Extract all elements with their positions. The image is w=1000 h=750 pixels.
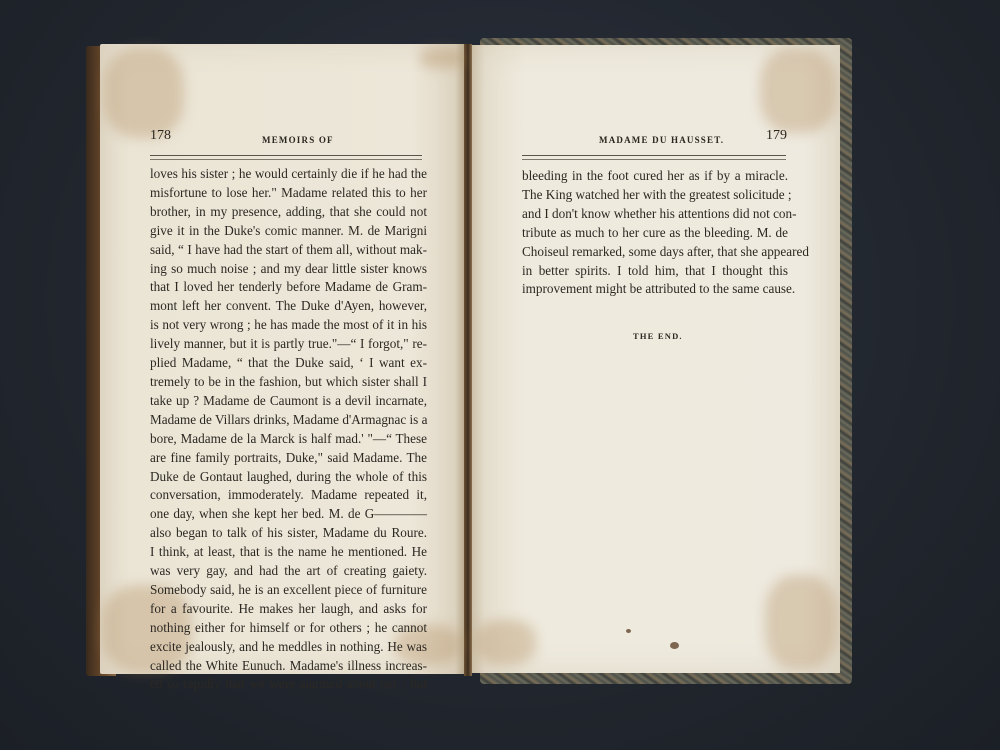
text-line: that I loved her tenderly before Madame … [150, 278, 427, 297]
left-page-number: 178 [150, 127, 171, 144]
text-line: mont left her convent. The Duke d'Ayen, … [150, 297, 427, 316]
stain-top-right [760, 48, 836, 133]
text-line: take up ? Madame de Caumont is a devil i… [150, 392, 427, 411]
running-head: MEMOIRS OF [262, 135, 334, 145]
text-line: loves his sister ; he would certainly di… [150, 165, 427, 184]
text-line: I think, at least, that is the name he m… [150, 543, 427, 562]
text-line: misfortune to lose her." Madame related … [150, 184, 427, 203]
text-line: Duke de Gontaut laughed, during the whol… [150, 468, 427, 487]
text-line: was very gay, and had the art of creatin… [150, 562, 427, 581]
the-end-label: THE END. [633, 331, 683, 341]
text-line: Somebody said, he is an excellent piece … [150, 581, 427, 600]
text-line: said, “ I have had the start of them all… [150, 241, 427, 260]
text-line: improvement might be attributed to the s… [522, 280, 788, 299]
right-header-rule [522, 155, 786, 160]
text-line: is not very wrong ; he has made the most… [150, 316, 427, 335]
text-line: conversation, immoderately. Madame repea… [150, 486, 427, 505]
text-line: Madame de Villars drinks, Madame d'Armag… [150, 411, 427, 430]
text-line: also began to talk of his sister, Madame… [150, 524, 427, 543]
text-line: one day, when she kept her bed. M. de G—… [150, 505, 427, 524]
text-line: tremely to be in the fashion, but which … [150, 373, 427, 392]
text-line: brother, in my presence, adding, that sh… [150, 203, 427, 222]
ink-spot [670, 642, 679, 649]
text-line: and I don't know whether his attentions … [522, 205, 788, 224]
page-number: 178 [150, 128, 171, 143]
stain-top-left [104, 48, 184, 138]
text-line: ed so rapidly that we were alarmed about… [150, 675, 427, 694]
text-line: lively manner, but it is partly true."—“… [150, 335, 427, 354]
text-line: excite jealously, and he meddles in noth… [150, 638, 427, 657]
left-page-body: loves his sister ; he would certainly di… [150, 165, 427, 694]
text-line: bore, Madame de la Marck is half mad.' "… [150, 430, 427, 449]
text-line: Choiseul remarked, some days after, that… [522, 243, 788, 262]
text-line: bleeding in the foot cured her as if by … [522, 167, 788, 186]
text-line: in better spirits. I told him, that I th… [522, 262, 788, 281]
text-line: tribute as much to her cure as the bleed… [522, 224, 788, 243]
text-line: ing so much noise ; and my dear little s… [150, 260, 427, 279]
text-line: for a favourite. He makes her laugh, and… [150, 600, 427, 619]
right-page-body: bleeding in the foot cured her as if by … [522, 167, 788, 299]
stain-bottom-right [765, 575, 837, 670]
ink-spot [626, 629, 631, 633]
stain-bottom-right-gutter [476, 620, 536, 665]
book-gutter [464, 44, 472, 676]
right-running-head: MADAME DU HAUSSET. [599, 131, 724, 147]
running-head: MADAME DU HAUSSET. [599, 135, 724, 145]
text-line: are fine family portraits, Duke," said M… [150, 449, 427, 468]
stain-top-gutter [420, 48, 464, 68]
page-number: 179 [766, 128, 787, 143]
text-line: The King watched her with the greatest s… [522, 186, 788, 205]
text-line: called the White Eunuch. Madame's illnes… [150, 657, 427, 676]
left-header-rule [150, 155, 422, 160]
text-line: nothing either for himself or for others… [150, 619, 427, 638]
text-line: give it in the Duke's comic manner. M. d… [150, 222, 427, 241]
text-line: plied Madame, “ that the Duke said, ‘ I … [150, 354, 427, 373]
left-running-head: MEMOIRS OF [262, 131, 334, 147]
right-page-number: 179 [766, 127, 787, 144]
